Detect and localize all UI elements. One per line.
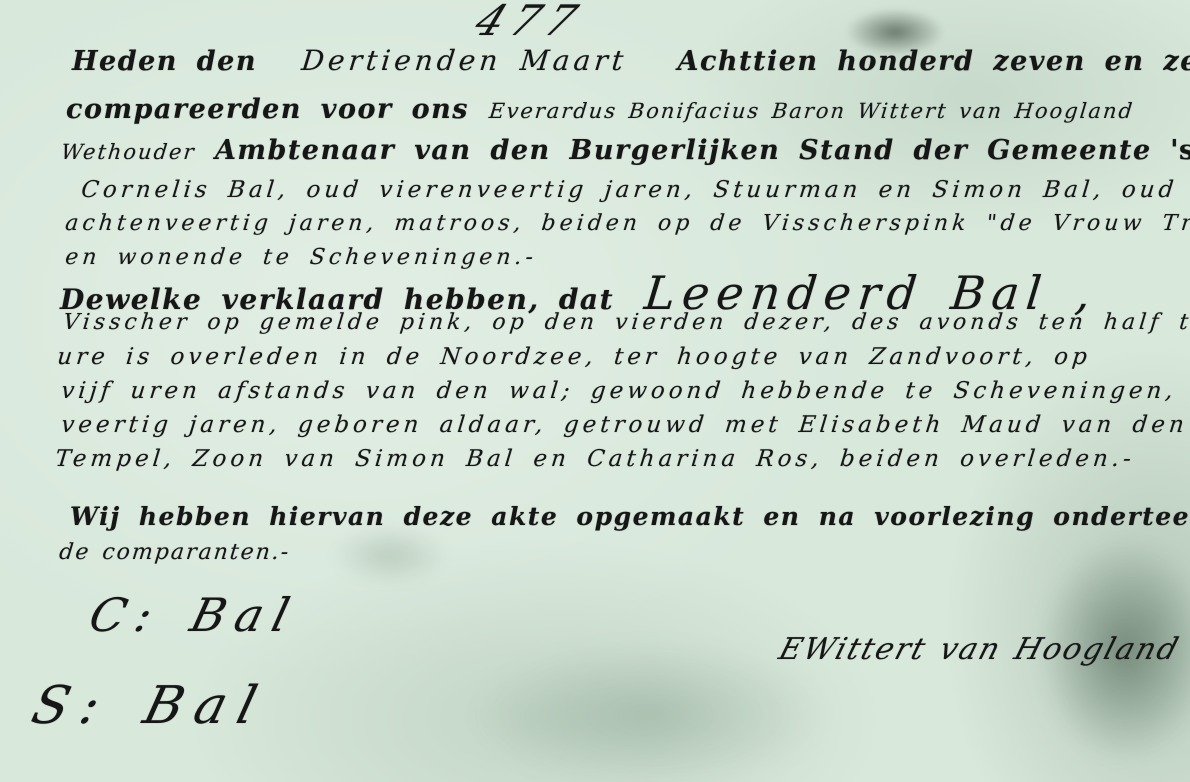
signature-text: C: Bal xyxy=(84,588,305,642)
declarant-text: achtenveertig jaren, matroos, beiden op … xyxy=(64,211,1190,236)
official-title: Wethouder xyxy=(60,140,197,164)
signature-c-bal: C: Bal xyxy=(84,588,291,642)
death-detail-text: Tempel, Zoon van Simon Bal en Catharina … xyxy=(54,446,1136,472)
death-detail-line-3: vijf uren afstands van den wal; gewoond … xyxy=(60,378,1190,404)
registrar-line: Wethouder Ambtenaar van den Burgerlijken… xyxy=(60,135,1190,166)
comparution-line: compareerden voor ons Everardus Bonifaci… xyxy=(66,94,1132,125)
act-number: 477 xyxy=(468,0,572,45)
handwritten-date: Dertienden Maart xyxy=(300,44,629,77)
municipality-name: 'sGravenhage, xyxy=(1170,135,1190,166)
printed-registrar: Ambtenaar van den Burgerlijken Stand der… xyxy=(215,135,1152,166)
closing-line-2: de comparanten.- xyxy=(58,540,289,565)
signature-official: EWittert van Hoogland xyxy=(775,632,1174,667)
signature-text: S: Bal xyxy=(26,676,274,736)
death-detail-line-4: veertig jaren, geboren aldaar, getrouwd … xyxy=(60,412,1186,438)
closing-line-1: Wij hebben hiervan deze akte opgemaakt e… xyxy=(70,502,1190,531)
death-detail-line-1: Visscher op gemelde pink, op den vierden… xyxy=(62,310,1190,335)
death-detail-text: Visscher op gemelde pink, op den vierden… xyxy=(62,310,1190,335)
death-detail-line-5: Tempel, Zoon van Simon Bal en Catharina … xyxy=(54,446,1133,472)
signature-text: EWittert van Hoogland xyxy=(775,632,1184,667)
printed-heden-den: Heden den xyxy=(72,46,257,77)
ink-smudge xyxy=(330,525,450,585)
death-detail-text: ure is overleden in de Noordzee, ter hoo… xyxy=(56,344,1092,370)
death-detail-text: veertig jaren, geboren aldaar, getrouwd … xyxy=(60,412,1189,438)
printed-closing: Wij hebben hiervan deze akte opgemaakt e… xyxy=(70,502,1190,531)
death-certificate-scan: 477 Heden den Dertienden Maart Achttien … xyxy=(0,0,1190,782)
opening-line: Heden den Dertienden Maart Achttien hond… xyxy=(72,44,1190,77)
signature-s-bal: S: Bal xyxy=(26,676,260,736)
closing-hand-text: de comparanten.- xyxy=(58,540,292,565)
death-detail-text: vijf uren afstands van den wal; gewoond … xyxy=(60,378,1190,404)
act-number-text: 477 xyxy=(468,0,592,45)
declarant-line-1: Cornelis Bal, oud vierenveertig jaren, S… xyxy=(80,177,1176,203)
declarant-text: Cornelis Bal, oud vierenveertig jaren, S… xyxy=(80,177,1179,203)
death-detail-line-2: ure is overleden in de Noordzee, ter hoo… xyxy=(56,344,1089,370)
printed-compareerden: compareerden voor ons xyxy=(66,94,469,125)
official-name: Everardus Bonifacius Baron Wittert van H… xyxy=(488,99,1135,123)
printed-year: Achttien honderd zeven en zestig, xyxy=(678,46,1190,77)
declarant-line-2: achtenveertig jaren, matroos, beiden op … xyxy=(64,211,1190,236)
